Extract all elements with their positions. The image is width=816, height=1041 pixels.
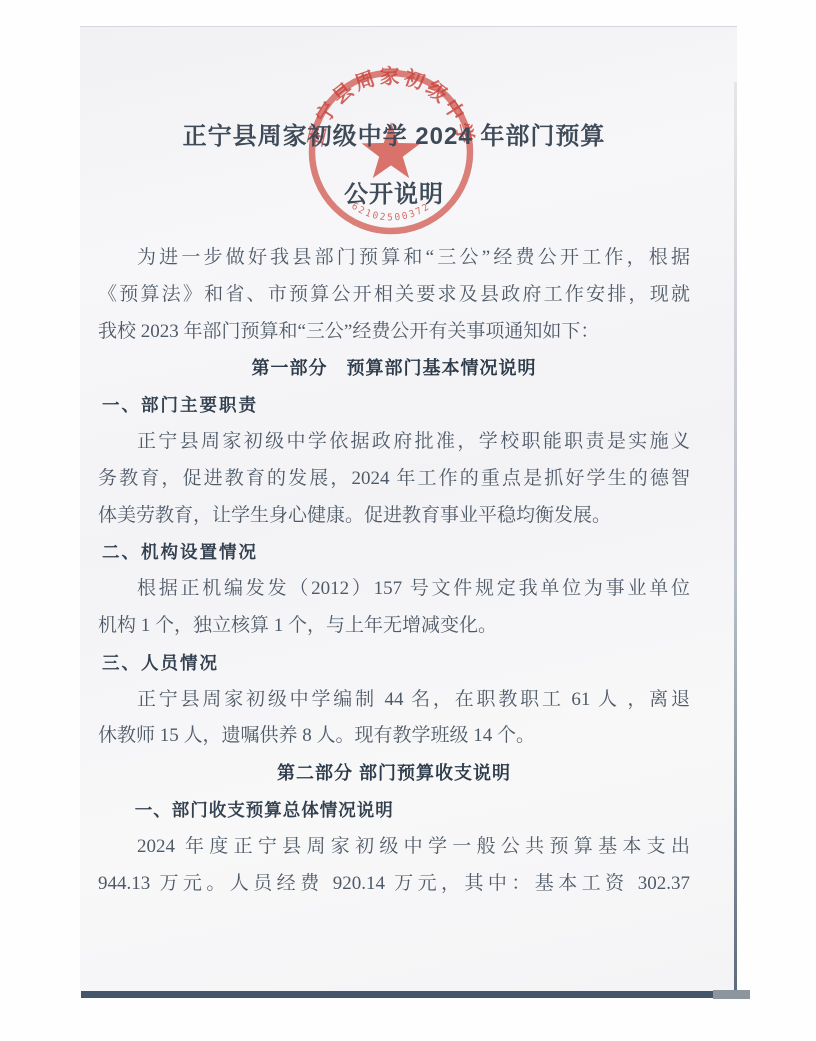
text-line: 体美劳教育，让学生身心健康。促进教育事业平稳均衡发展。 xyxy=(98,498,690,535)
text-line: 根据正机编发发（2012）157 号文件规定我单位为事业单位 xyxy=(98,571,690,608)
text-line: 正宁县周家初级中学依据政府批准，学校职能职责是实施义 xyxy=(98,424,690,461)
text-line: 我校 2023 年部门预算和“三公”经费公开有关事项通知如下： xyxy=(98,314,690,351)
paragraph: 正宁县周家初级中学编制 44 名，在职教职工 61 人 ，离退休教师 15 人，… xyxy=(98,682,690,756)
paragraph: 根据正机编发发（2012）157 号文件规定我单位为事业单位机构 1 个，独立核… xyxy=(98,571,690,645)
text-line: 第二部分 部门预算收支说明 xyxy=(98,755,690,792)
text-line: 第一部分 预算部门基本情况说明 xyxy=(98,350,690,387)
text-line: 务教育，促进教育的发展，2024 年工作的重点是抓好学生的德智 xyxy=(98,461,690,498)
text-line: 正宁县周家初级中学编制 44 名，在职教职工 61 人 ，离退 xyxy=(98,682,690,719)
section-heading: 一、部门主要职责 xyxy=(98,387,690,424)
text-line: 为进一步做好我县部门预算和“三公”经费公开工作，根据 xyxy=(98,240,690,277)
text-line: 一、部门收支预算总体情况说明 xyxy=(98,792,690,829)
text-line: 二、机构设置情况 xyxy=(98,534,690,571)
paragraph: 为进一步做好我县部门预算和“三公”经费公开工作，根据《预算法》和省、市预算公开相… xyxy=(98,240,690,350)
paragraph: 2024 年度正宁县周家初级中学一般公共预算基本支出944.13 万元。人员经费… xyxy=(98,829,690,903)
section-heading: 三、人员情况 xyxy=(98,645,690,682)
section-heading: 第二部分 部门预算收支说明 xyxy=(98,755,690,792)
page-right-edge-shadow xyxy=(734,82,737,992)
text-line: 《预算法》和省、市预算公开相关要求及县政府工作安排，现就 xyxy=(98,277,690,314)
text-line: 休教师 15 人，遗嘱供养 8 人。现有教学班级 14 个。 xyxy=(98,718,690,755)
paragraph: 正宁县周家初级中学依据政府批准，学校职能职责是实施义务教育，促进教育的发展，20… xyxy=(98,424,690,534)
page-bottom-edge-shadow xyxy=(81,991,714,998)
title-line-2: 公开说明 xyxy=(98,166,690,224)
document-body: 为进一步做好我县部门预算和“三公”经费公开工作，根据《预算法》和省、市预算公开相… xyxy=(98,240,690,902)
section-heading: 一、部门收支预算总体情况说明 xyxy=(98,792,690,829)
text-line: 944.13 万元。人员经费 920.14 万元，其中：基本工资 302.37 xyxy=(98,866,690,903)
text-line: 机构 1 个，独立核算 1 个，与上年无增减变化。 xyxy=(98,608,690,645)
text-line: 2024 年度正宁县周家初级中学一般公共预算基本支出 xyxy=(98,829,690,866)
section-heading: 第一部分 预算部门基本情况说明 xyxy=(98,350,690,387)
text-line: 一、部门主要职责 xyxy=(98,387,690,424)
text-line: 三、人员情况 xyxy=(98,645,690,682)
document-title: 正宁县周家初级中学 2024 年部门预算 公开说明 xyxy=(98,108,690,224)
section-heading: 二、机构设置情况 xyxy=(98,534,690,571)
title-line-1: 正宁县周家初级中学 2024 年部门预算 xyxy=(98,108,690,166)
page-bottom-corner-shadow xyxy=(713,990,750,999)
